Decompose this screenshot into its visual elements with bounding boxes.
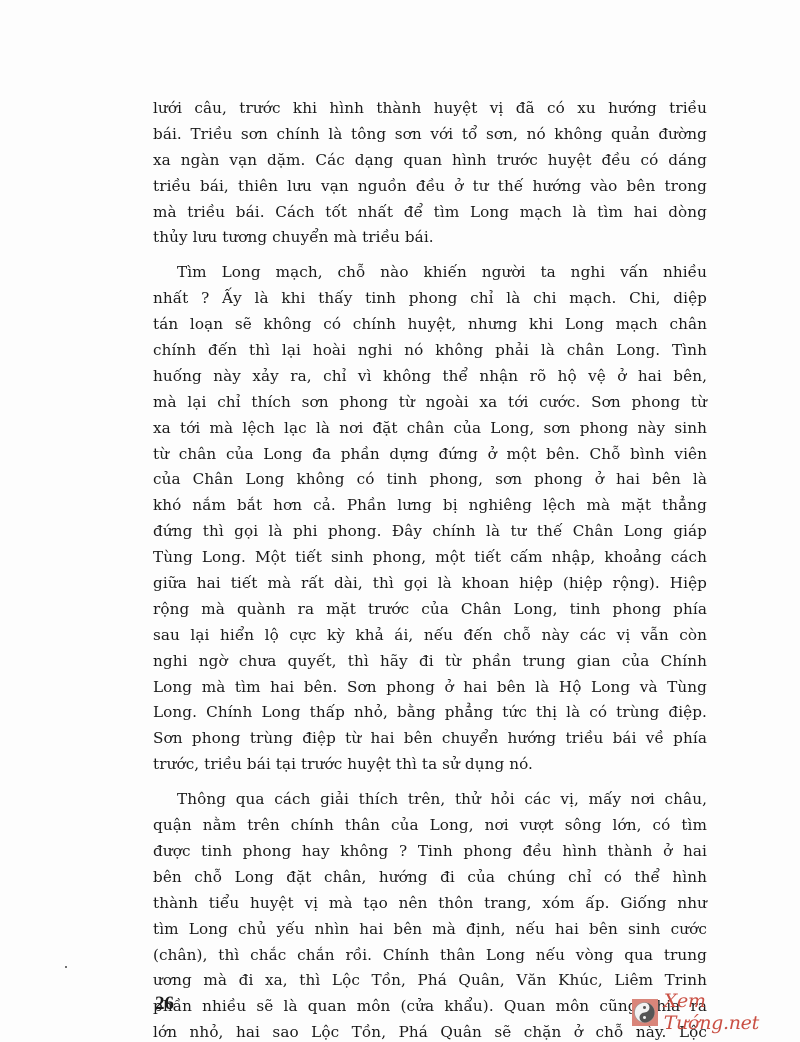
text-line: Sơn phong trùng điệp từ hai bên chuyển h… <box>153 726 707 752</box>
text-line: Thông qua cách giải thích trên, thử hỏi … <box>153 787 707 813</box>
text-line: tán loạn sẽ không có chính huyệt, nhưng … <box>153 312 707 338</box>
text-line: huống này xảy ra, chỉ vì không thể nhận … <box>153 364 707 390</box>
paragraph: Thông qua cách giải thích trên, thử hỏi … <box>153 787 707 1042</box>
text-line: bái. Triều sơn chính là tông sơn với tổ … <box>153 122 707 148</box>
text-line: quận nằm trên chính thân của Long, nơi v… <box>153 813 707 839</box>
text-line: lưới câu, trước khi hình thành huyệt vị … <box>153 96 707 122</box>
text-line: khó nắm bắt hơn cả. Phần lưng bị nghiêng… <box>153 493 707 519</box>
text-line: giữa hai tiết mà rất dài, thì gọi là kho… <box>153 571 707 597</box>
text-line: mà triều bái. Cách tốt nhất để tìm Long … <box>153 200 707 226</box>
text-line: nghi ngờ chưa quyết, thì hãy đi từ phần … <box>153 649 707 675</box>
body-text: lưới câu, trước khi hình thành huyệt vị … <box>153 96 707 1042</box>
text-line: của Chân Long không có tinh phong, sơn p… <box>153 467 707 493</box>
text-line: thành tiểu huyệt vị mà tạo nên thôn tran… <box>153 891 707 917</box>
text-line: nhất ? Ấy là khi thấy tinh phong chỉ là … <box>153 286 707 312</box>
text-line: Long. Chính Long thấp nhỏ, bằng phẳng tứ… <box>153 700 707 726</box>
text-line: Long mà tìm hai bên. Sơn phong ở hai bên… <box>153 675 707 701</box>
text-line: (chân), thì chắc chắn rồi. Chính thân Lo… <box>153 943 707 969</box>
watermark: Xem Tướng.net <box>632 990 800 1034</box>
text-line: thủy lưu tương chuyển mà triều bái. <box>153 225 707 251</box>
text-line: lớn nhỏ, hai sao Lộc Tồn, Phá Quân sẽ ch… <box>153 1020 707 1042</box>
text-line: ương mà đi xa, thì Lộc Tồn, Phá Quân, Vă… <box>153 968 707 994</box>
text-line: triều bái, thiên lưu vạn nguồn đều ở tư … <box>153 174 707 200</box>
text-line: trước, triều bái tại trước huyệt thì ta … <box>153 752 707 778</box>
text-line: chính đến thì lại hoài nghi nó không phả… <box>153 338 707 364</box>
page-number: 26 <box>155 993 174 1015</box>
paragraph: lưới câu, trước khi hình thành huyệt vị … <box>153 96 707 251</box>
text-line: tìm Long chủ yếu nhìn hai bên mà định, n… <box>153 917 707 943</box>
text-line: đứng thì gọi là phi phong. Đây chính là … <box>153 519 707 545</box>
text-line: Tùng Long. Một tiết sinh phong, một tiết… <box>153 545 707 571</box>
text-line: từ chân của Long đa phần dựng đứng ở một… <box>153 442 707 468</box>
text-line: mà lại chỉ thích sơn phong từ ngoài xa t… <box>153 390 707 416</box>
text-line: bên chỗ Long đặt chân, hướng đi của chún… <box>153 865 707 891</box>
text-line: sau lại hiển lộ cực kỳ khả ái, nếu đến c… <box>153 623 707 649</box>
yin-yang-icon <box>632 999 658 1026</box>
text-line: Tìm Long mạch, chỗ nào khiến người ta ng… <box>153 260 707 286</box>
text-line: phần nhiều sẽ là quan môn (cửa khẩu). Qu… <box>153 994 707 1020</box>
watermark-text: Xem Tướng.net <box>664 990 800 1034</box>
text-line: xa tới mà lệch lạc là nơi đặt chân của L… <box>153 416 707 442</box>
scan-speck <box>65 966 67 968</box>
text-line: được tinh phong hay không ? Tinh phong đ… <box>153 839 707 865</box>
text-line: rộng mà quành ra mặt trước của Chân Long… <box>153 597 707 623</box>
text-line: xa ngàn vạn dặm. Các dạng quan hình trướ… <box>153 148 707 174</box>
paragraph: Tìm Long mạch, chỗ nào khiến người ta ng… <box>153 260 707 778</box>
document-page: lưới câu, trước khi hình thành huyệt vị … <box>0 0 800 1042</box>
